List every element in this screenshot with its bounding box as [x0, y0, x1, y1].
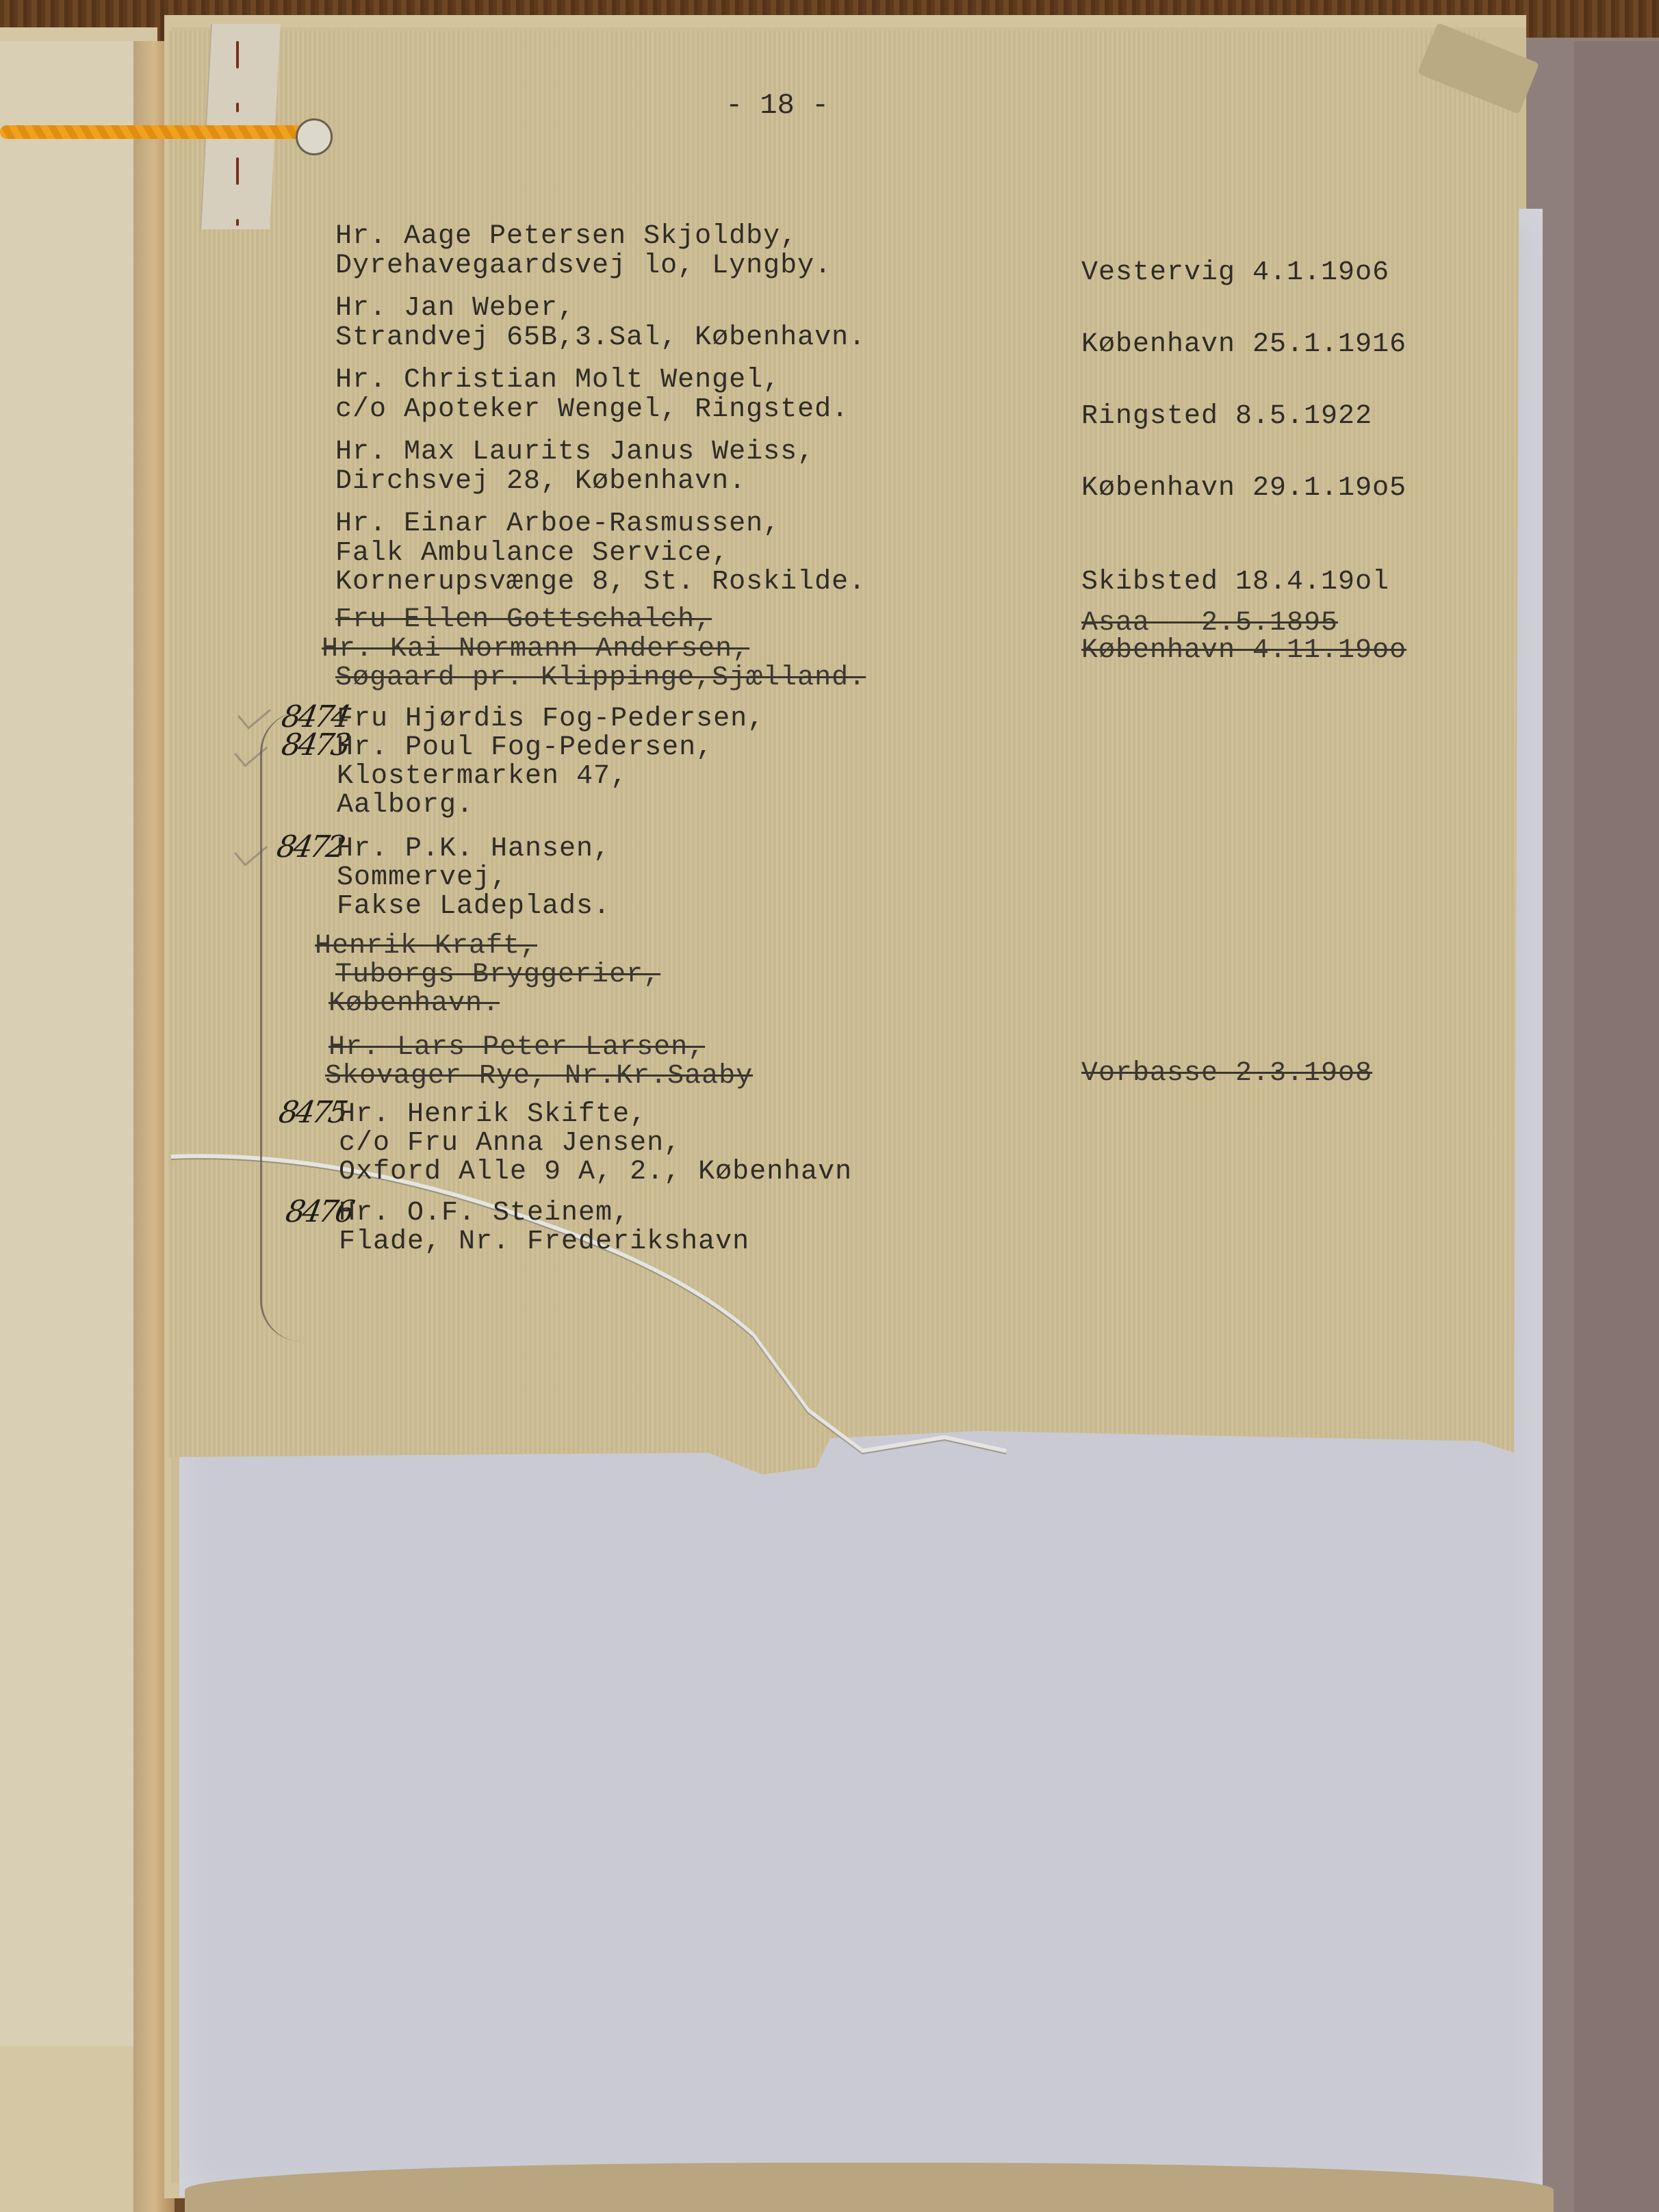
entry-name-line: Hr. Aage Petersen Skjoldby, [335, 222, 797, 251]
entry-address-line: Falk Ambulance Service, [335, 539, 729, 568]
entry-birth: København 29.1.19o5 [1081, 474, 1406, 503]
entry-address-line: Strandvej 65B,3.Sal, København. [335, 324, 866, 352]
entry-name-line: Hr. P.K. Hansen, [337, 835, 610, 864]
entry-address-line: Sommervej, [337, 864, 508, 892]
entry-address-line: c/o Apoteker Wengel, Ringsted. [335, 396, 849, 424]
struck-birth: Vorbasse 2.3.19o8 [1081, 1059, 1372, 1088]
punch-hole [296, 118, 333, 155]
binding-string [0, 125, 322, 139]
folder-bottom-edge [185, 2163, 1554, 2212]
struck-entry-line: København. [329, 990, 500, 1018]
entry-name-line: Hr. Einar Arboe-Rasmussen, [335, 510, 780, 539]
rust-stain [236, 219, 239, 226]
rust-stain [236, 103, 239, 112]
struck-entry-line: Fru Ellen Gottschalch, [335, 606, 712, 634]
pencil-bracket [260, 712, 303, 1341]
entry-address-line: Dirchsvej 28, København. [335, 467, 746, 496]
struck-entry-line: Henrik Kraft, [315, 932, 537, 961]
entry-name-line: Hr. Max Laurits Janus Weiss, [335, 438, 814, 467]
struck-entry-line: Skovager Rye, Nr.Kr.Saaby [325, 1062, 753, 1091]
struck-entry-line: Tuborgs Bryggerier, [335, 961, 660, 990]
entry-address-line: Kornerupsvænge 8, St. Roskilde. [335, 568, 866, 597]
entry-address-line: Dyrehavegaardsvej lo, Lyngby. [335, 252, 832, 281]
entry-address-line: Klostermarken 47, [337, 762, 628, 791]
entry-address-line: Flade, Nr. Frederikshavn [339, 1228, 749, 1257]
struck-entry-line: Søgaard pr. Klippinge,Sjælland. [335, 664, 866, 693]
entry-name-line: Hr. Jan Weber, [335, 294, 575, 323]
page-number: - 18 - [725, 89, 829, 122]
entry-address-line: Fakse Ladeplads. [337, 892, 610, 921]
entry-birth: Ringsted 8.5.1922 [1081, 402, 1372, 431]
struck-birth-line: Asaa 2.5.1895 [1081, 609, 1338, 638]
entry-address-line: Oxford Alle 9 A, 2., København [339, 1158, 852, 1187]
struck-entry-line: Hr. Kai Normann Andersen, [322, 635, 749, 664]
entry-name-line: Hr. Henrik Skifte, [339, 1101, 647, 1129]
entry-birth: København 25.1.1916 [1081, 331, 1406, 359]
entry-address-line: Aalborg. [337, 791, 474, 820]
entry-name-line: Fru Hjørdis Fog-Pedersen, [337, 705, 764, 734]
entry-name-line: Hr. Poul Fog-Pedersen, [337, 734, 713, 762]
entry-name-line: Hr. O.F. Steinem, [339, 1199, 630, 1228]
rust-stain [236, 41, 239, 68]
rust-stain [236, 157, 239, 185]
left-page [0, 41, 151, 2046]
entry-birth: Vestervig 4.1.19o6 [1081, 259, 1389, 287]
struck-entry-line: Hr. Lars Peter Larsen, [329, 1033, 705, 1062]
entry-birth: Skibsted 18.4.19ol [1081, 568, 1389, 597]
folder-board-edge [1574, 41, 1659, 2212]
entry-name-line: Hr. Christian Molt Wengel, [335, 366, 780, 395]
entry-address-line: c/o Fru Anna Jensen, [339, 1129, 681, 1158]
struck-birth-line: København 4.11.19oo [1081, 636, 1406, 665]
